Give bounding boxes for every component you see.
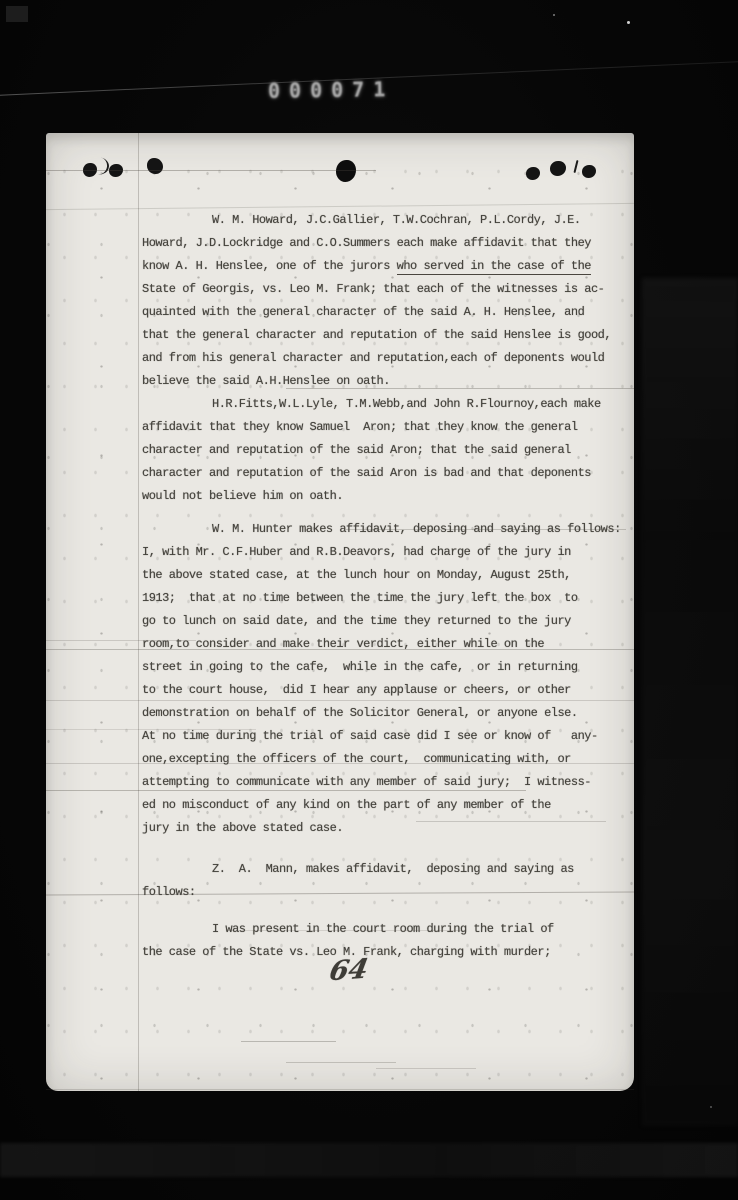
text-line: the case of the State vs. Leo M. Frank, … xyxy=(142,941,620,964)
microfilm-frame: 000071 W. M. Howard, J.C.Galli xyxy=(0,0,738,1200)
text-line: to the court house, did I hear any appla… xyxy=(142,679,620,702)
text-line: believe the said A.H.Henslee on oath. xyxy=(142,370,620,393)
scratch-line xyxy=(286,1062,396,1063)
paragraph: Z. A. Mann, makes affidavit, deposing an… xyxy=(142,858,620,904)
text-line: affidavit that they know Samuel Aron; th… xyxy=(142,416,620,439)
text-line: follows: xyxy=(142,881,620,904)
text-line: go to lunch on said date, and the time t… xyxy=(142,610,620,633)
text-line: quainted with the general character of t… xyxy=(142,301,620,324)
text-line: the above stated case, at the lunch hour… xyxy=(142,564,620,587)
text-line: street in going to the cafe, while in th… xyxy=(142,656,620,679)
text-line: ed no misconduct of any kind on the part… xyxy=(142,794,620,817)
scratch-line xyxy=(241,1041,336,1042)
film-corner-chip xyxy=(6,6,28,22)
text-line: jury in the above stated case. xyxy=(142,817,620,840)
ink-tail-mark xyxy=(573,160,578,173)
film-edge-shading-bottom xyxy=(0,1143,738,1177)
paragraph: W. M. Howard, J.C.Gallier, T.W.Cochran, … xyxy=(142,209,620,393)
dust-speck xyxy=(553,14,555,16)
text-line: W. M. Howard, J.C.Gallier, T.W.Cochran, … xyxy=(142,209,620,232)
document-body: W. M. Howard, J.C.Gallier, T.W.Cochran, … xyxy=(142,209,620,964)
paragraph: H.R.Fitts,W.L.Lyle, T.M.Webb,and John R.… xyxy=(142,393,620,508)
text-line: and from his general character and reput… xyxy=(142,347,620,370)
text-line: I was present in the court room during t… xyxy=(142,918,620,941)
text-line: At no time during the trial of said case… xyxy=(142,725,620,748)
text-line: that the general character and reputatio… xyxy=(142,324,620,347)
film-edge-shading xyxy=(642,278,738,1126)
dust-speck xyxy=(627,21,630,24)
ink-blot xyxy=(526,167,540,180)
text-line: 1913; that at no time between the time t… xyxy=(142,587,620,610)
text-line: Z. A. Mann, makes affidavit, deposing an… xyxy=(142,858,620,881)
ink-arc-mark xyxy=(97,157,111,176)
ledger-vertical-rule xyxy=(138,133,139,1091)
scratch-line xyxy=(46,170,376,171)
text-line: character and reputation of the said Aro… xyxy=(142,439,620,462)
ink-blot xyxy=(582,165,596,178)
text-line: character and reputation of the said Aro… xyxy=(142,462,620,485)
text-line: H.R.Fitts,W.L.Lyle, T.M.Webb,and John R.… xyxy=(142,393,620,416)
paragraph: W. M. Hunter makes affidavit, deposing a… xyxy=(142,518,620,840)
text-line: I, with Mr. C.F.Huber and R.B.Deavors, h… xyxy=(142,541,620,564)
text-line: would not believe him on oath. xyxy=(142,485,620,508)
text-line: Howard, J.D.Lockridge and C.O.Summers ea… xyxy=(142,232,620,255)
paragraph: I was present in the court room during t… xyxy=(142,918,620,964)
page-number: 64 xyxy=(327,954,371,988)
text-line: State of Georgis, vs. Leo M. Frank; that… xyxy=(142,278,620,301)
scratch-line xyxy=(46,1089,634,1090)
ink-blot xyxy=(550,161,566,176)
text-line: one,excepting the officers of the court,… xyxy=(142,748,620,771)
text-line: room,to consider and make their verdict,… xyxy=(142,633,620,656)
ink-blot xyxy=(147,158,163,174)
frame-counter: 000071 xyxy=(268,77,395,103)
document-page: W. M. Howard, J.C.Gallier, T.W.Cochran, … xyxy=(46,133,634,1091)
text-line: demonstration on behalf of the Solicitor… xyxy=(142,702,620,725)
scratch-line xyxy=(376,1068,476,1069)
text-line: W. M. Hunter makes affidavit, deposing a… xyxy=(142,518,620,541)
text-line: know A. H. Henslee, one of the jurors wh… xyxy=(142,255,620,278)
text-line: attempting to communicate with any membe… xyxy=(142,771,620,794)
underlined-phrase: who served in the case of the xyxy=(397,259,591,275)
ink-blot xyxy=(336,160,356,182)
